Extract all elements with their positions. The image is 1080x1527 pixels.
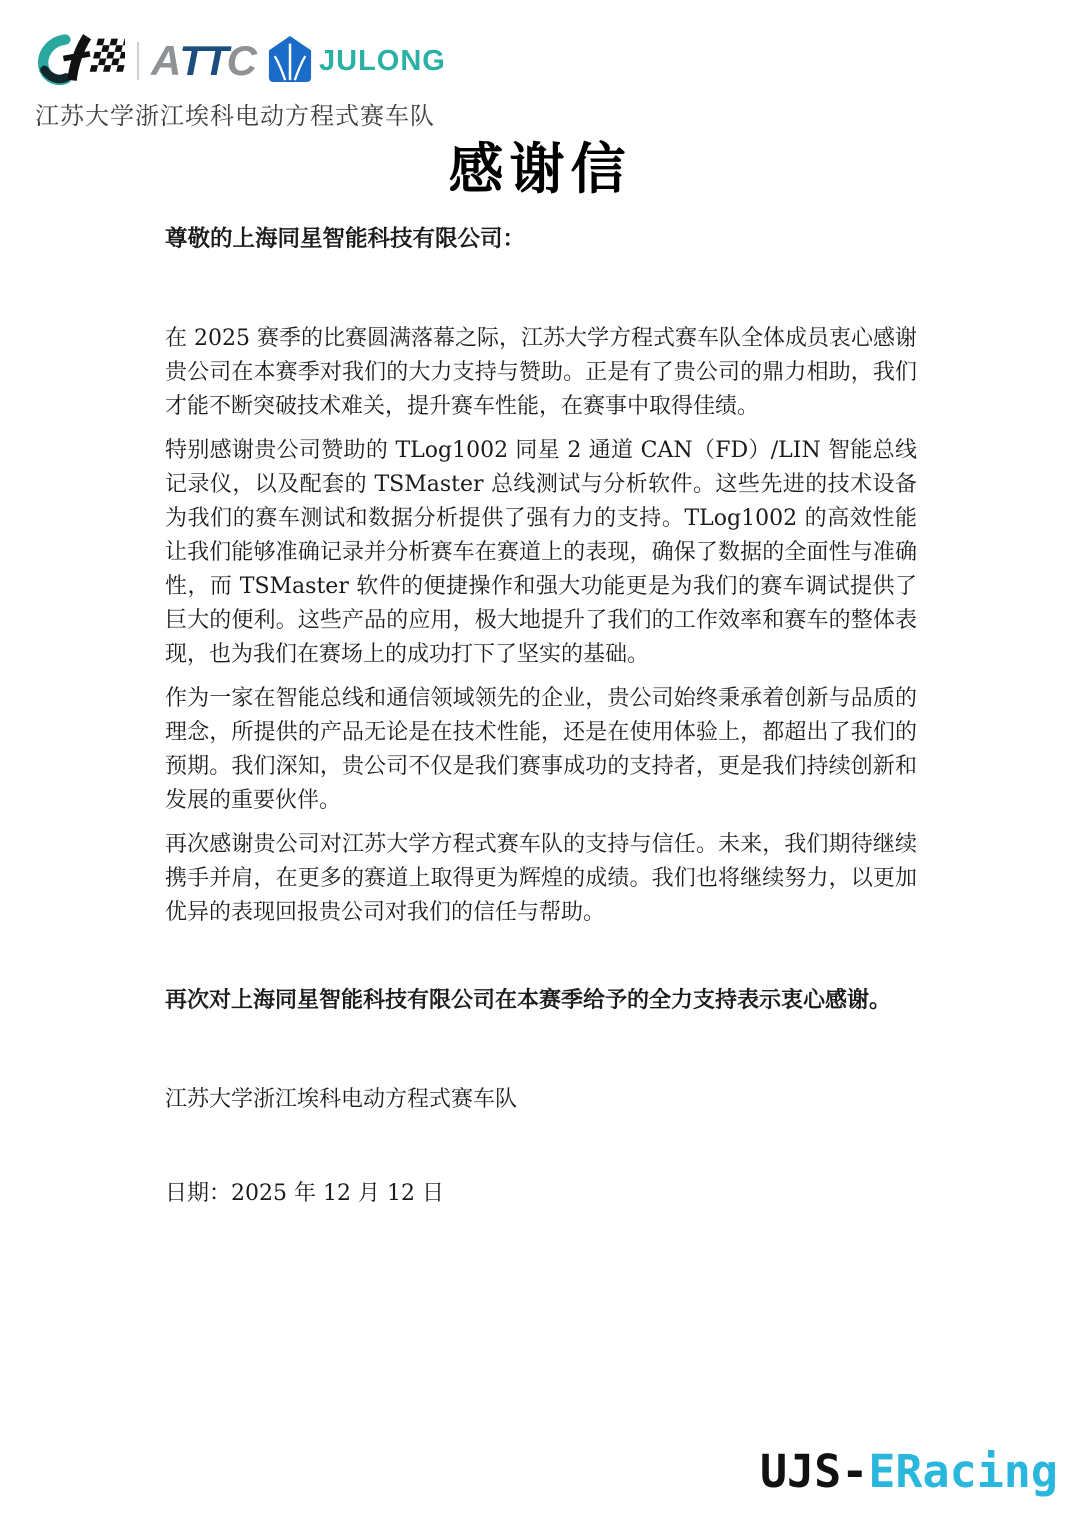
closing-statement: 再次对上海同星智能科技有限公司在本赛季给予的全力支持表示衷心感谢。 xyxy=(165,983,917,1017)
letter-paragraph-3: 作为一家在智能总线和通信领域领先的企业，贵公司始终秉承着创新与品质的理念，所提供… xyxy=(165,682,917,818)
attc-logo: A TT C xyxy=(151,40,255,82)
letterhead: A TT C JULONG 江苏大学浙江埃科电动方程式赛车队 xyxy=(35,34,446,131)
date-line: 日期：2025 年 12 月 12 日 xyxy=(165,1177,917,1211)
document-title: 感谢信 xyxy=(0,133,1080,205)
ujs-eracing-black-part: UJS- xyxy=(760,1445,868,1498)
salutation: 尊敬的上海同星智能科技有限公司： xyxy=(165,222,917,256)
logo-divider xyxy=(137,42,139,80)
ujs-racing-logo-icon xyxy=(35,32,125,90)
letter-body: 尊敬的上海同星智能科技有限公司： 在 2025 赛季的比赛圆满落幕之际，江苏大学… xyxy=(165,222,917,1211)
attc-letter-a: A xyxy=(151,40,179,82)
ujs-eracing-cyan-part: ERacing xyxy=(868,1445,1058,1498)
julong-arrow-icon xyxy=(267,34,313,88)
letter-paragraph-4: 再次感谢贵公司对江苏大学方程式赛车队的支持与信任。未来，我们期待继续携手并肩，在… xyxy=(165,828,917,930)
julong-wordmark: JULONG xyxy=(319,47,446,76)
attc-letters-tt: TT xyxy=(179,40,226,82)
signature-team-name: 江苏大学浙江埃科电动方程式赛车队 xyxy=(165,1083,917,1117)
ujs-eracing-wordmark: UJS-ERacing xyxy=(760,1449,1058,1494)
logo-row: A TT C JULONG xyxy=(35,34,446,88)
letter-paragraph-1: 在 2025 赛季的比赛圆满落幕之际，江苏大学方程式赛车队全体成员衷心感谢贵公司… xyxy=(165,322,917,424)
team-name-header: 江苏大学浙江埃科电动方程式赛车队 xyxy=(35,96,446,131)
attc-letter-c: C xyxy=(227,40,255,82)
julong-logo: JULONG xyxy=(267,34,446,88)
letter-paragraph-2: 特别感谢贵公司赞助的 TLog1002 同星 2 通道 CAN（FD）/LIN … xyxy=(165,434,917,672)
